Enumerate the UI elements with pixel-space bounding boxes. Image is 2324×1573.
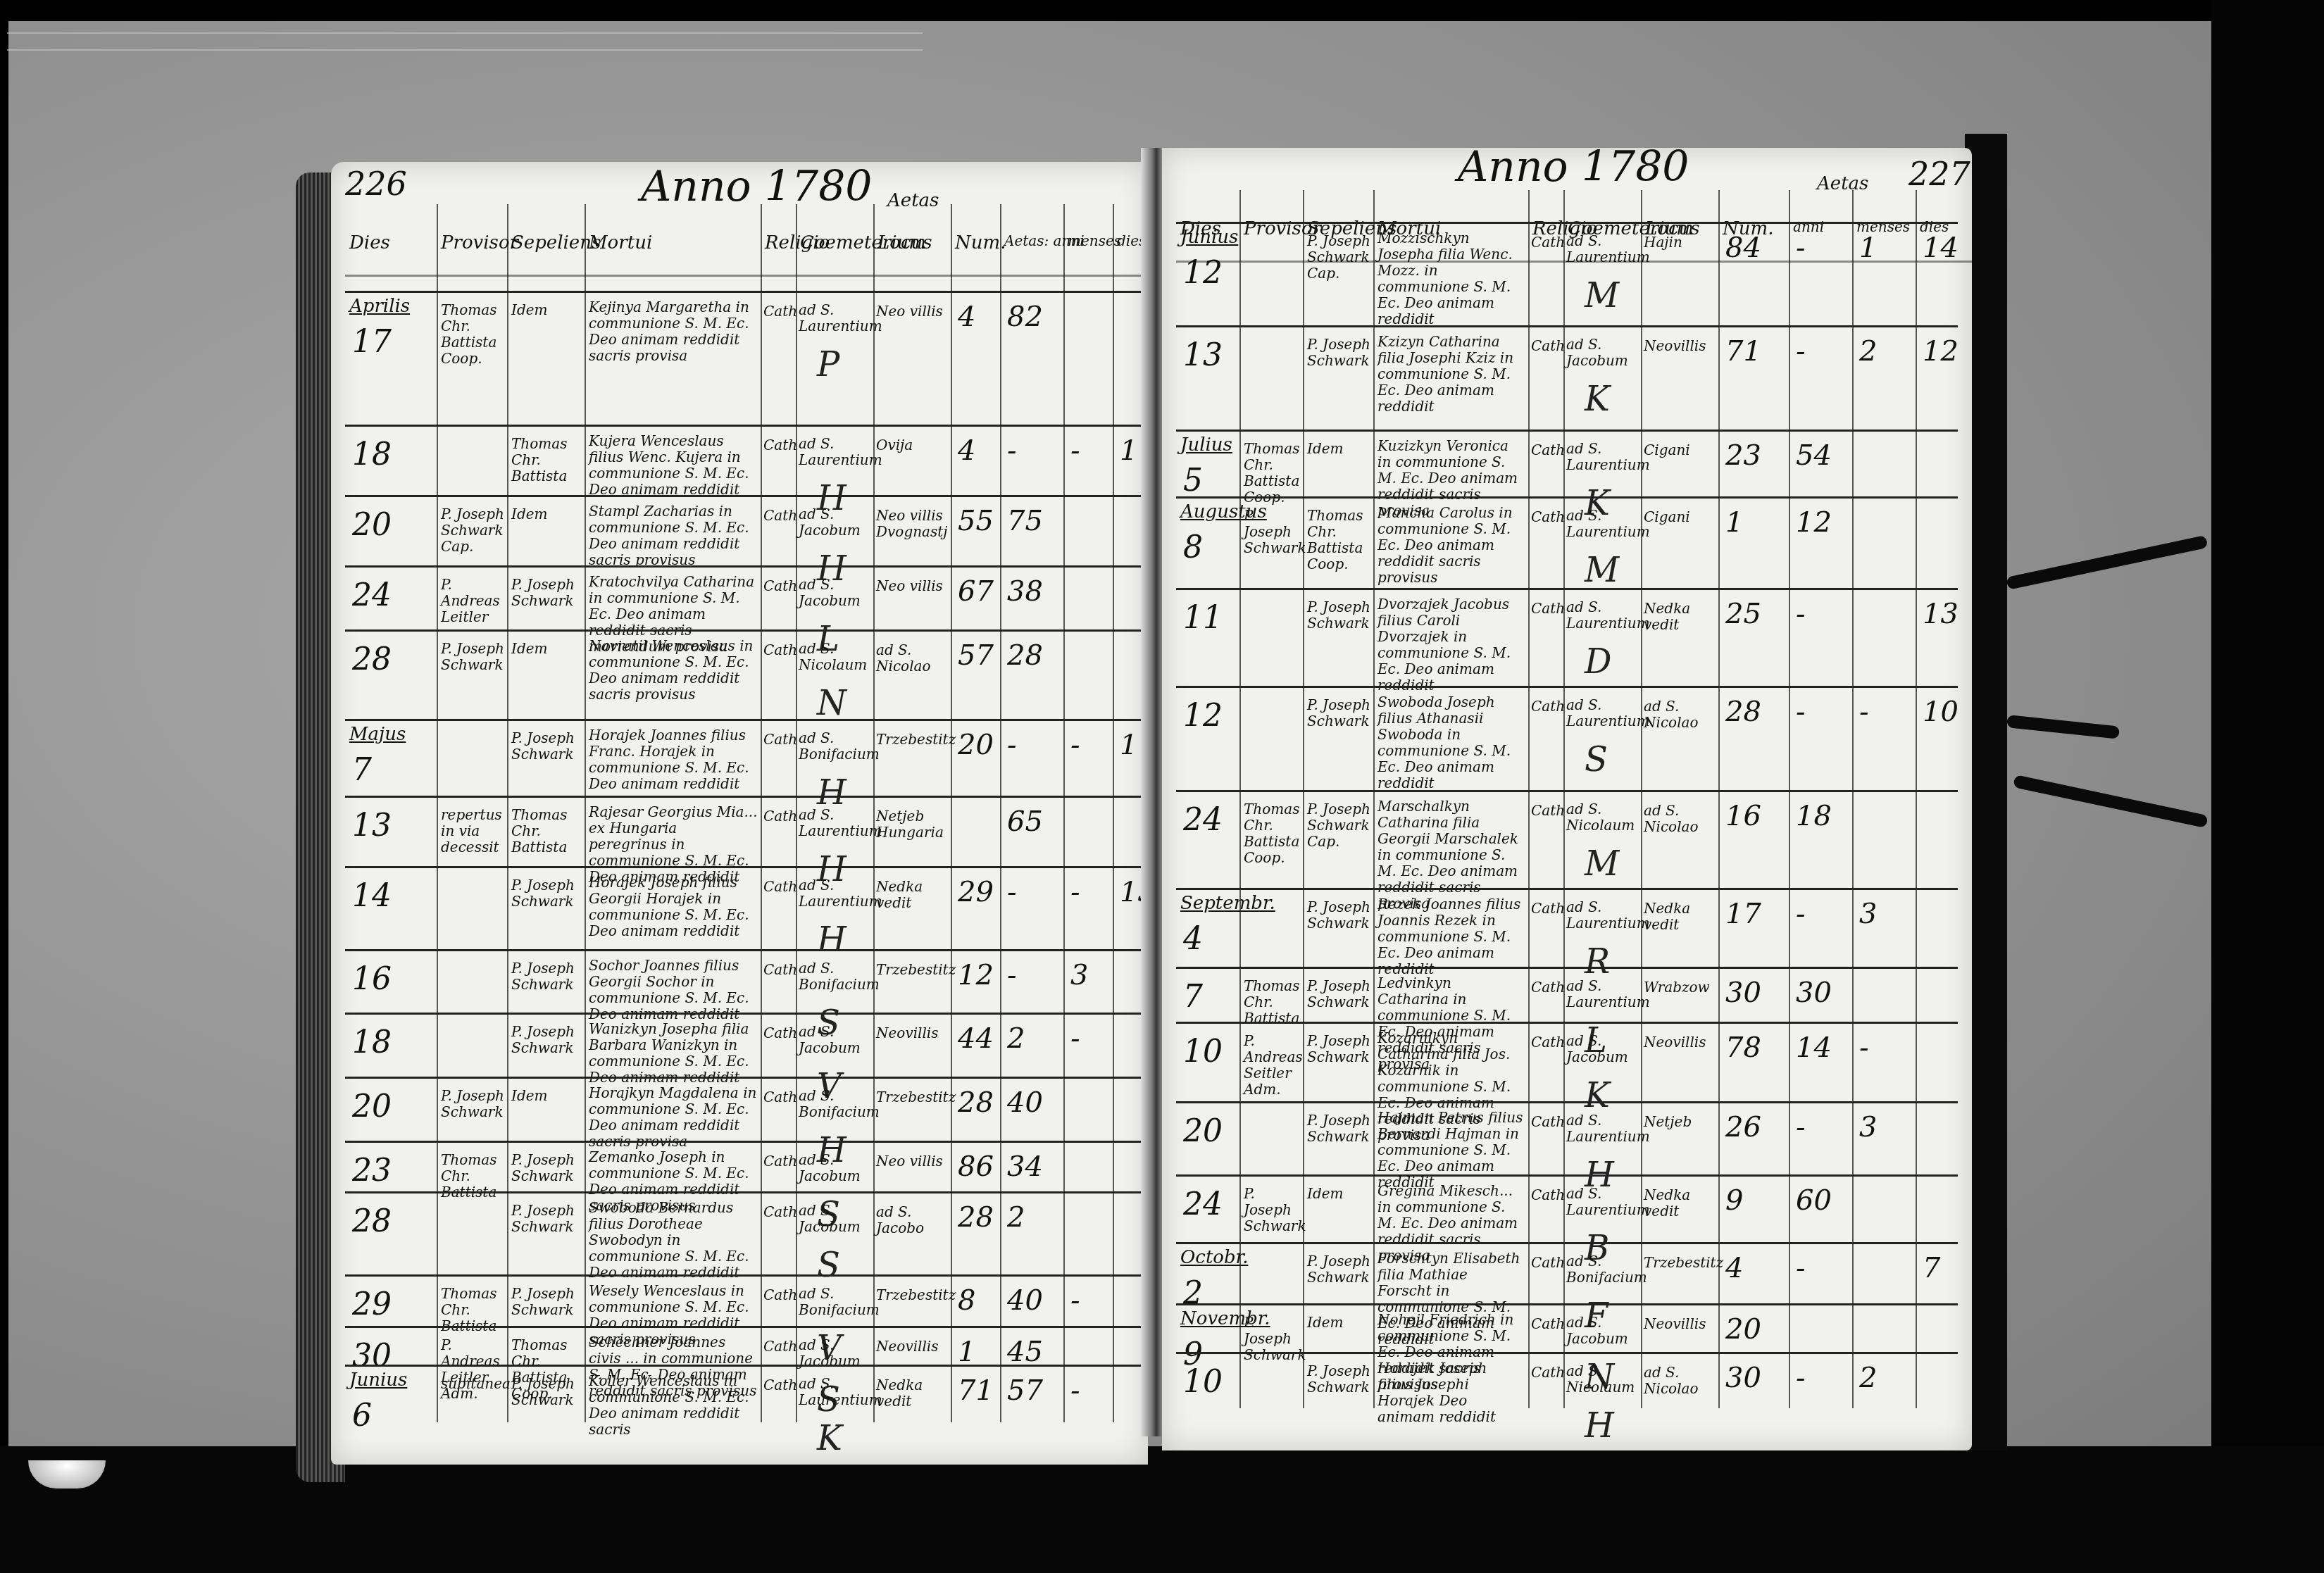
entry-provisor: P. Joseph Schwark — [441, 641, 504, 673]
entry-separator — [1176, 1352, 1958, 1354]
entry-age-years: - — [1796, 1362, 1806, 1394]
entry-sepeliens: P. Joseph Schwark — [511, 1024, 582, 1056]
entry-sepeliens: P. Joseph Schwark Cap. — [1307, 233, 1370, 282]
entry-age-years: - — [1796, 1252, 1806, 1284]
entry-cemetery: ad S. Laurentium — [1566, 978, 1637, 1010]
entry-separator — [345, 565, 1155, 568]
entry-religion: Cath — [763, 508, 792, 524]
entry-house-number: 1 — [1725, 506, 1743, 539]
entry-cemetery: ad S. Bonifacium — [1566, 1253, 1637, 1286]
page-title: Anno 1780 — [641, 162, 873, 211]
entry-place: Wrabzow — [1644, 979, 1714, 996]
entry-separator — [345, 1274, 1155, 1277]
entry-house-number: 25 — [1725, 598, 1761, 630]
entry-provisor: P. Joseph Schwark Cap. — [441, 506, 504, 555]
entry-religion: Cath — [763, 1089, 792, 1105]
entry-deceased: Stampl Zacharias in communione S. M. Ec.… — [589, 503, 758, 568]
entry-religion: Cath — [763, 1025, 792, 1041]
entry-place: Trzebestitz — [1644, 1255, 1714, 1271]
column-rule — [437, 204, 438, 1422]
entry-day: 5 — [1183, 463, 1203, 499]
entry-age-months: 3 — [1859, 898, 1877, 930]
page-number: 226 — [345, 165, 407, 203]
entry-day: 24 — [1183, 803, 1223, 839]
column-rule — [1063, 204, 1065, 1422]
entry-initial-mark: S — [817, 1246, 840, 1285]
entry-separator — [1176, 1174, 1958, 1177]
entry-cemetery: ad S. Laurentium — [799, 807, 869, 839]
entry-age-years: 28 — [1007, 639, 1043, 672]
entry-house-number: 67 — [958, 575, 994, 608]
entry-sepeliens: P. Joseph Schwark — [511, 1376, 582, 1408]
entry-separator — [1176, 967, 1958, 969]
entry-house-number: 12 — [958, 959, 994, 991]
entry-house-number: 17 — [1725, 898, 1761, 930]
entry-day: 24 — [352, 578, 392, 614]
scan-artifact-line — [7, 32, 923, 34]
entry-sepeliens: Idem — [1307, 1315, 1370, 1331]
entry-cemetery: ad S. Laurentium — [1566, 599, 1637, 632]
entry-house-number: 23 — [1725, 439, 1761, 472]
entry-sepeliens: P. Joseph Schwark — [511, 1286, 582, 1318]
entry-provisor: P. Joseph Schwark — [1244, 1186, 1300, 1234]
entry-age-days: 13 — [1923, 598, 1958, 630]
entry-age-months: 3 — [1859, 1111, 1877, 1143]
entry-separator — [345, 495, 1155, 497]
entry-house-number: 4 — [1725, 1252, 1743, 1284]
entry-age-months: - — [1070, 1374, 1080, 1407]
entry-age-years: 75 — [1007, 505, 1043, 537]
entry-sepeliens: P. Joseph Schwark — [1307, 697, 1370, 729]
entry-place: Nedka vedit — [1644, 601, 1714, 633]
entry-age-months: - — [1070, 729, 1080, 761]
entry-cemetery: ad S. Laurentium — [1566, 1113, 1637, 1145]
entry-place: ad S. Nicolao — [1644, 698, 1714, 731]
entry-age-years: - — [1796, 232, 1806, 264]
entry-deceased: Kujera Wenceslaus filius Wenc. Kujera in… — [589, 433, 758, 498]
entry-sepeliens: P. Joseph Schwark — [1307, 1363, 1370, 1396]
entry-separator — [1176, 325, 1958, 327]
entry-age-years: 34 — [1007, 1151, 1043, 1183]
entry-age-days: 14 — [1923, 232, 1958, 264]
column-rule — [951, 204, 952, 1422]
entry-age-months: - — [1859, 696, 1869, 728]
entry-house-number: 71 — [1725, 335, 1761, 368]
entry-month: Octobr. — [1180, 1248, 1248, 1269]
entry-place: Neo villis — [876, 303, 947, 320]
entry-day: 13 — [1183, 338, 1223, 374]
entry-cemetery: ad S. Laurentium — [1566, 899, 1637, 932]
entry-religion: Cath — [763, 578, 792, 594]
entry-initial-mark: P — [817, 346, 839, 384]
entry-day: 18 — [352, 1025, 392, 1061]
page-number: 227 — [1908, 155, 1970, 193]
entry-separator — [345, 1326, 1155, 1328]
entry-age-years: 14 — [1796, 1032, 1832, 1064]
entry-sepeliens: Idem — [511, 302, 582, 318]
entry-place: Netjeb Hungaria — [876, 808, 947, 841]
entry-provisor: Thomas Chr. Battista — [1244, 978, 1300, 1027]
entry-house-number: 28 — [958, 1086, 994, 1119]
entry-cemetery: ad S. Jacobum — [1566, 1315, 1637, 1347]
entry-religion: Cath — [1531, 234, 1559, 251]
entry-religion: Cath — [1531, 1255, 1559, 1271]
entry-sepeliens: P. Joseph Schwark — [511, 877, 582, 910]
entry-sepeliens: Thomas Chr. Battista Coop. — [1307, 508, 1370, 572]
entry-house-number: 78 — [1725, 1032, 1761, 1064]
entry-sepeliens: P. Joseph Schwark — [511, 730, 582, 763]
entry-deceased: Swoboda Joseph filius Athanasii Swoboda … — [1377, 694, 1525, 791]
entry-house-number: 29 — [958, 876, 994, 908]
entry-day: 18 — [352, 437, 392, 473]
entry-day: 20 — [352, 508, 392, 544]
entry-cemetery: ad S. Jacobum — [799, 1024, 869, 1056]
column-rule — [1852, 190, 1854, 1408]
entry-cemetery: ad S. Bonifacium — [799, 960, 869, 993]
entry-cemetery: ad S. Jacobum — [799, 1203, 869, 1235]
entry-month: Septembr. — [1180, 894, 1275, 915]
entry-age-years: 45 — [1007, 1336, 1043, 1368]
entry-sepeliens: P. Joseph Schwark — [511, 1203, 582, 1235]
entry-house-number: 71 — [958, 1374, 994, 1407]
entry-day: 16 — [352, 962, 392, 998]
entry-age-years: 38 — [1007, 575, 1043, 608]
entry-religion: Cath — [1531, 338, 1559, 354]
entry-month: Majus — [349, 725, 406, 746]
entry-place: Neovillis — [876, 1025, 947, 1041]
entry-religion: Cath — [1531, 1034, 1559, 1051]
entry-separator — [1176, 222, 1958, 224]
entry-initial-mark: K — [1585, 1077, 1610, 1115]
entry-age-years: 65 — [1007, 806, 1043, 838]
entry-separator — [345, 719, 1155, 721]
column-rule — [761, 204, 762, 1422]
entry-age-years: 82 — [1007, 301, 1043, 333]
entry-sepeliens: P. Joseph Schwark — [511, 577, 582, 609]
entry-deceased: Kejinya Margaretha in communione S. M. E… — [589, 299, 758, 364]
entry-cemetery: ad S. Bonifacium — [799, 1088, 869, 1120]
entry-month: Junius — [1180, 227, 1238, 249]
entry-separator — [1176, 430, 1958, 432]
entry-religion: Cath — [1531, 1365, 1559, 1381]
entry-age-days: 10 — [1923, 696, 1958, 728]
entry-provisor: Thomas Chr. Battista Coop. — [1244, 801, 1300, 866]
entry-cemetery: ad S. Jacobum — [1566, 1033, 1637, 1065]
entry-religion: Cath — [1531, 442, 1559, 458]
entry-sepeliens: P. Joseph Schwark — [1307, 1253, 1370, 1286]
entry-religion: Cath — [1531, 1187, 1559, 1203]
entry-age-years: 40 — [1007, 1086, 1043, 1119]
entry-sepeliens: P. Joseph Schwark — [1307, 1033, 1370, 1065]
entry-place: Hajin — [1644, 234, 1714, 251]
entry-separator — [345, 866, 1155, 868]
entry-day: 30 — [352, 1339, 392, 1374]
entry-sepeliens: Idem — [511, 506, 582, 522]
entry-initial-mark: K — [817, 1420, 842, 1458]
entry-age-months: 2 — [1859, 1362, 1877, 1394]
entry-religion: Cath — [763, 1153, 792, 1170]
entry-initial-mark: H — [817, 921, 846, 960]
entry-provisor: P. Andreas Leitler — [441, 577, 504, 625]
entry-age-years: 12 — [1796, 506, 1832, 539]
entry-religion: Cath — [763, 879, 792, 895]
column-rule — [1239, 190, 1241, 1408]
entry-separator — [345, 629, 1155, 632]
entry-deceased: Dvorzajek Jacobus filius Caroli Dvorzaje… — [1377, 596, 1525, 694]
entry-religion: Cath — [1531, 509, 1559, 525]
column-header: menses — [1068, 232, 1121, 249]
entry-cemetery: ad S. Jacobum — [799, 1152, 869, 1184]
entry-initial-mark: R — [1585, 943, 1610, 982]
entry-provisor: P. Andreas Seitler Adm. — [1244, 1033, 1300, 1098]
page-title: Anno 1780 — [1458, 142, 1689, 192]
entry-place: Trzebestitz — [876, 962, 947, 978]
entry-cemetery: ad S. Laurentium — [799, 877, 869, 910]
entry-place: Neovillis — [1644, 338, 1714, 354]
entry-separator — [345, 1365, 1155, 1367]
entry-sepeliens: P. Joseph Schwark — [511, 1152, 582, 1184]
entry-house-number: 8 — [958, 1284, 975, 1317]
header-rule — [345, 275, 1169, 277]
entry-provisor: P. Andreas Leitler Adm. — [441, 1337, 504, 1402]
entry-deceased: Mozzischkyn Josepha filia Wenc. Mozz. in… — [1377, 230, 1525, 327]
entry-separator — [1176, 1022, 1958, 1024]
entry-day: 28 — [352, 642, 392, 678]
entry-day: 10 — [1183, 1034, 1223, 1070]
entry-sepeliens: P. Joseph Schwark — [1307, 599, 1370, 632]
entry-religion: Cath — [1531, 803, 1559, 819]
entry-age-years: - — [1796, 598, 1806, 630]
entry-age-years: 40 — [1007, 1284, 1043, 1317]
scan-artifact-line — [7, 49, 923, 51]
entry-provisor: Thomas Chr. Battista Coop. — [441, 302, 504, 367]
entry-month: Aprilis — [349, 296, 410, 318]
entry-age-years: 54 — [1796, 439, 1832, 472]
entry-religion: Cath — [1531, 901, 1559, 917]
entry-initial-mark: S — [1585, 741, 1608, 779]
entry-age-years: 2 — [1007, 1022, 1025, 1055]
entry-separator — [345, 425, 1155, 427]
entry-month: Julius — [1180, 435, 1232, 456]
entry-cemetery: ad S. Jacobum — [799, 577, 869, 609]
entry-house-number: 57 — [958, 639, 994, 672]
entry-cemetery: ad S. Laurentium — [799, 436, 869, 468]
entry-house-number: 4 — [958, 434, 975, 467]
entry-deceased: Hajman Petrus filius Bernardi Hajman in … — [1377, 1110, 1525, 1191]
entry-place: Cigani — [1644, 442, 1714, 458]
entry-place: ad S. Nicolao — [1644, 1365, 1714, 1397]
entry-religion: Cath — [1531, 698, 1559, 715]
entry-place: Neo villis — [876, 1153, 947, 1170]
entry-religion: Cath — [763, 642, 792, 658]
entry-cemetery: ad S. Nicolaum — [1566, 801, 1637, 834]
entry-religion: Cath — [763, 1287, 792, 1303]
entry-day: 12 — [1183, 698, 1223, 734]
column-header: Sepeliens — [511, 232, 601, 253]
entry-place: Neovillis — [876, 1339, 947, 1355]
entry-day: 23 — [352, 1153, 392, 1189]
entry-day: 6 — [352, 1398, 372, 1434]
entry-age-years: - — [1007, 729, 1017, 761]
entry-age-years: 30 — [1796, 977, 1832, 1009]
entry-day: 4 — [1183, 922, 1203, 958]
entry-place: Netjeb — [1644, 1114, 1714, 1130]
column-header: Locus — [877, 232, 932, 253]
entry-day: 8 — [1183, 530, 1203, 566]
entry-age-years: - — [1796, 335, 1806, 368]
entry-separator — [345, 1141, 1155, 1143]
entry-age-months: 2 — [1859, 335, 1877, 368]
entry-religion: Cath — [763, 808, 792, 825]
column-rule — [1789, 190, 1790, 1408]
entry-deceased: Navratil Wenceslaus in communione S. M. … — [589, 638, 758, 703]
entry-age-years: - — [1796, 696, 1806, 728]
entry-sepeliens: P. Joseph Schwark — [1307, 337, 1370, 369]
entry-provisor: P. Joseph Schwark — [1244, 508, 1300, 556]
column-rule — [507, 204, 508, 1422]
entry-house-number: 28 — [958, 1201, 994, 1234]
entry-deceased: Horajek Joannes filius Franc. Horajek in… — [589, 727, 758, 792]
entry-place: Nedka vedit — [1644, 1187, 1714, 1220]
entry-religion: Cath — [1531, 979, 1559, 996]
entry-cemetery: ad S. Laurentium — [799, 302, 869, 334]
entry-provisor: P. Joseph Schwark — [441, 1088, 504, 1120]
entry-religion: Cath — [763, 732, 792, 748]
entry-age-months: - — [1070, 1022, 1080, 1055]
column-rule — [585, 204, 586, 1422]
entry-separator — [345, 1191, 1155, 1193]
entry-age-years: 2 — [1007, 1201, 1025, 1234]
entry-initial-mark: H — [1585, 1407, 1614, 1446]
entry-age-months: 3 — [1070, 959, 1088, 991]
column-rule — [1528, 190, 1530, 1408]
entry-cemetery: ad S. Laurentium — [1566, 1186, 1637, 1218]
entry-age-days: 12 — [1923, 335, 1958, 368]
entry-deceased: Koller Wenceslaus in communione S. M. Ec… — [589, 1373, 758, 1438]
entry-day: 10 — [1183, 1365, 1223, 1400]
entry-deceased: Rezek Joannes filius Joannis Rezek in co… — [1377, 896, 1525, 977]
entry-separator — [345, 1013, 1155, 1015]
entry-deceased: Kzizyn Catharina filia Josephi Kziz in c… — [1377, 334, 1525, 415]
register-page-left: 226 Anno 1780 Aetas DiesProvisorSepelien… — [331, 162, 1148, 1465]
entry-house-number: 20 — [1725, 1313, 1761, 1346]
entry-religion: Cath — [763, 1339, 792, 1355]
entry-separator — [1176, 1242, 1958, 1244]
entry-day: 29 — [352, 1287, 392, 1323]
column-rule — [1916, 190, 1917, 1408]
entry-cemetery: ad S. Jacobum — [799, 506, 869, 539]
entry-place: Neo villis Dvognastj — [876, 508, 947, 540]
entry-religion: Cath — [763, 1377, 792, 1393]
entry-day: 13 — [352, 808, 392, 844]
entry-day: 11 — [1183, 601, 1223, 637]
entry-place: Nedka vedit — [1644, 901, 1714, 933]
aetas-header: Aetas — [887, 190, 939, 211]
entry-place: ad S. Jacobo — [876, 1204, 947, 1236]
scan-border-right — [2211, 0, 2324, 1573]
entry-deceased: Horajek Joseph filius Georgii Horajek in… — [589, 875, 758, 939]
entry-cemetery: ad S. Laurentium — [799, 1376, 869, 1408]
entry-sepeliens: Idem — [511, 641, 582, 657]
entry-day: 28 — [352, 1204, 392, 1240]
entry-place: Nedka vedit — [876, 1377, 947, 1410]
column-rule — [1373, 190, 1375, 1408]
entry-place: Trzebestitz — [876, 732, 947, 748]
entry-age-months: 1 — [1859, 232, 1877, 264]
entry-cemetery: ad S. Laurentium — [1566, 697, 1637, 729]
entry-age-years: - — [1796, 1111, 1806, 1143]
column-rule — [1641, 190, 1642, 1408]
entry-day: 7 — [352, 753, 372, 789]
entry-place: Neo villis — [876, 578, 947, 594]
entry-cemetery: ad S. Bonifacium — [799, 1286, 869, 1318]
entry-separator — [1176, 1303, 1958, 1305]
entry-sepeliens: P. Joseph Schwark Cap. — [1307, 801, 1370, 850]
entry-house-number: 20 — [958, 729, 994, 761]
entry-separator — [345, 1077, 1155, 1079]
entry-age-years: - — [1007, 959, 1017, 991]
column-header: Provisor — [441, 232, 518, 253]
entry-initial-mark: K — [1585, 380, 1610, 419]
column-header: Dies — [349, 232, 390, 253]
entry-religion: Cath — [763, 437, 792, 453]
entry-separator — [1176, 1101, 1958, 1103]
entry-house-number: 9 — [1725, 1184, 1743, 1217]
entry-place: ad S. Nicolao — [876, 642, 947, 675]
entry-initial-mark: D — [1585, 643, 1611, 682]
entry-month: Junius — [349, 1370, 407, 1391]
entry-religion: Cath — [1531, 601, 1559, 617]
entry-deceased: Marschalkyn Catharina filia Georgii Mars… — [1377, 798, 1525, 912]
entry-deceased: Horajek Joseph filius Josephi Horajek De… — [1377, 1360, 1525, 1425]
entry-sepeliens: P. Joseph Schwark — [1307, 978, 1370, 1010]
column-rule — [873, 204, 875, 1422]
entry-house-number: 86 — [958, 1151, 994, 1183]
column-header: Mortui — [589, 232, 652, 253]
entry-house-number: 84 — [1725, 232, 1761, 264]
entry-sepeliens: P. Joseph Schwark — [1307, 1113, 1370, 1145]
entry-separator — [1176, 496, 1958, 499]
entry-age-months: - — [1070, 434, 1080, 467]
entry-separator — [345, 291, 1155, 293]
entry-house-number: 1 — [958, 1336, 975, 1368]
entry-place: Cigani — [1644, 509, 1714, 525]
column-rule — [1718, 190, 1720, 1408]
entry-house-number: 55 — [958, 505, 994, 537]
column-rule — [1563, 190, 1565, 1408]
entry-cemetery: ad S. Nicolaum — [799, 641, 869, 673]
entry-religion: Cath — [1531, 1114, 1559, 1130]
entry-sepeliens: Idem — [511, 1088, 582, 1104]
entry-sepeliens: P. Joseph Schwark — [511, 960, 582, 993]
entry-house-number: 28 — [1725, 696, 1761, 728]
entry-separator — [1176, 790, 1958, 792]
entry-age-years: 60 — [1796, 1184, 1832, 1217]
entry-age-years: 57 — [1007, 1374, 1043, 1407]
entry-age-months: - — [1070, 1284, 1080, 1317]
entry-place: Trzebestitz — [876, 1287, 947, 1303]
entry-age-years: - — [1007, 434, 1017, 467]
entry-separator — [345, 949, 1155, 951]
entry-day: 2 — [1183, 1276, 1203, 1312]
column-rule — [1000, 204, 1001, 1422]
entry-sepeliens: Thomas Chr. Battista — [511, 807, 582, 856]
entry-provisor: subitanea — [441, 1376, 504, 1392]
entry-day: 17 — [352, 325, 392, 361]
entry-day: 7 — [1183, 979, 1203, 1015]
entry-religion: Cath — [763, 303, 792, 320]
entry-religion: Cath — [1531, 1316, 1559, 1332]
